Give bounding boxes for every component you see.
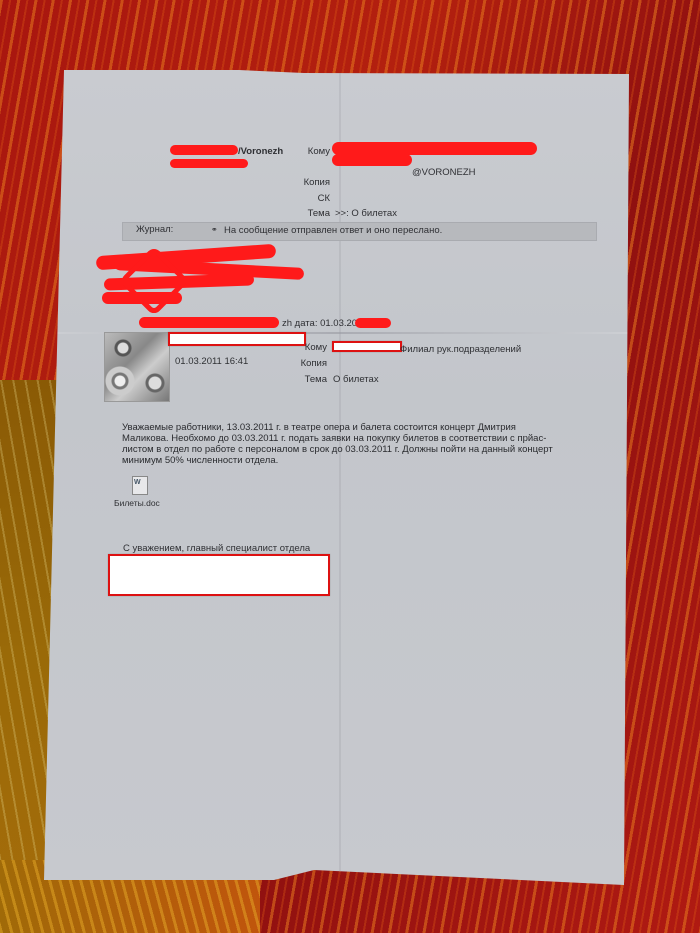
original-subject-value: О билетах	[333, 374, 379, 385]
journal-label: Журнал:	[136, 224, 173, 235]
redaction-forward-date	[355, 318, 391, 328]
redaction-signature	[108, 554, 330, 596]
redaction-original-recipient	[332, 341, 402, 352]
redaction-sender-2	[170, 159, 248, 168]
paper-fold-vertical	[339, 70, 341, 890]
attachment-filename[interactable]: Билеты.doc	[114, 498, 160, 508]
redaction-forward-5	[102, 292, 182, 304]
original-timestamp: 01.03.2011 16:41	[175, 356, 248, 367]
original-cc-label: Копия	[287, 358, 327, 369]
signature-text: С уважением, главный специалист отдела	[123, 543, 310, 554]
to-value: @VORONEZH	[412, 167, 475, 178]
cc-label: Копия	[290, 177, 330, 188]
printed-email-sheet: /Voronezh Кому @VORONEZH Копия СК Тема >…	[44, 70, 629, 890]
redaction-recipient-2	[332, 154, 412, 166]
subject-label: Тема	[290, 208, 330, 219]
subject-value: >>: О билетах	[335, 208, 397, 219]
to-label: Кому	[290, 146, 330, 157]
message-paragraph: Уважаемые работники, 13.03.2011 г. в теа…	[122, 422, 562, 466]
sender-name: /Voronezh	[238, 146, 283, 157]
reply-forward-icon: ⚭	[211, 225, 218, 234]
original-to-value: Филиал рук.подразделений	[400, 344, 521, 355]
message-body: Уважаемые работники, 13.03.2011 г. в теа…	[122, 422, 562, 466]
redaction-sender-1	[170, 145, 238, 155]
forward-date: zh дата: 01.03.201	[282, 318, 362, 329]
redaction-original-sender	[168, 332, 306, 346]
original-subject-label: Тема	[287, 374, 327, 385]
bcc-label: СК	[290, 193, 330, 204]
word-document-icon[interactable]: W	[132, 476, 148, 495]
original-to-label: Кому	[287, 342, 327, 353]
sender-avatar	[104, 332, 170, 402]
journal-text: На сообщение отправлен ответ и оно перес…	[224, 225, 442, 236]
redaction-forward-6	[139, 317, 279, 328]
